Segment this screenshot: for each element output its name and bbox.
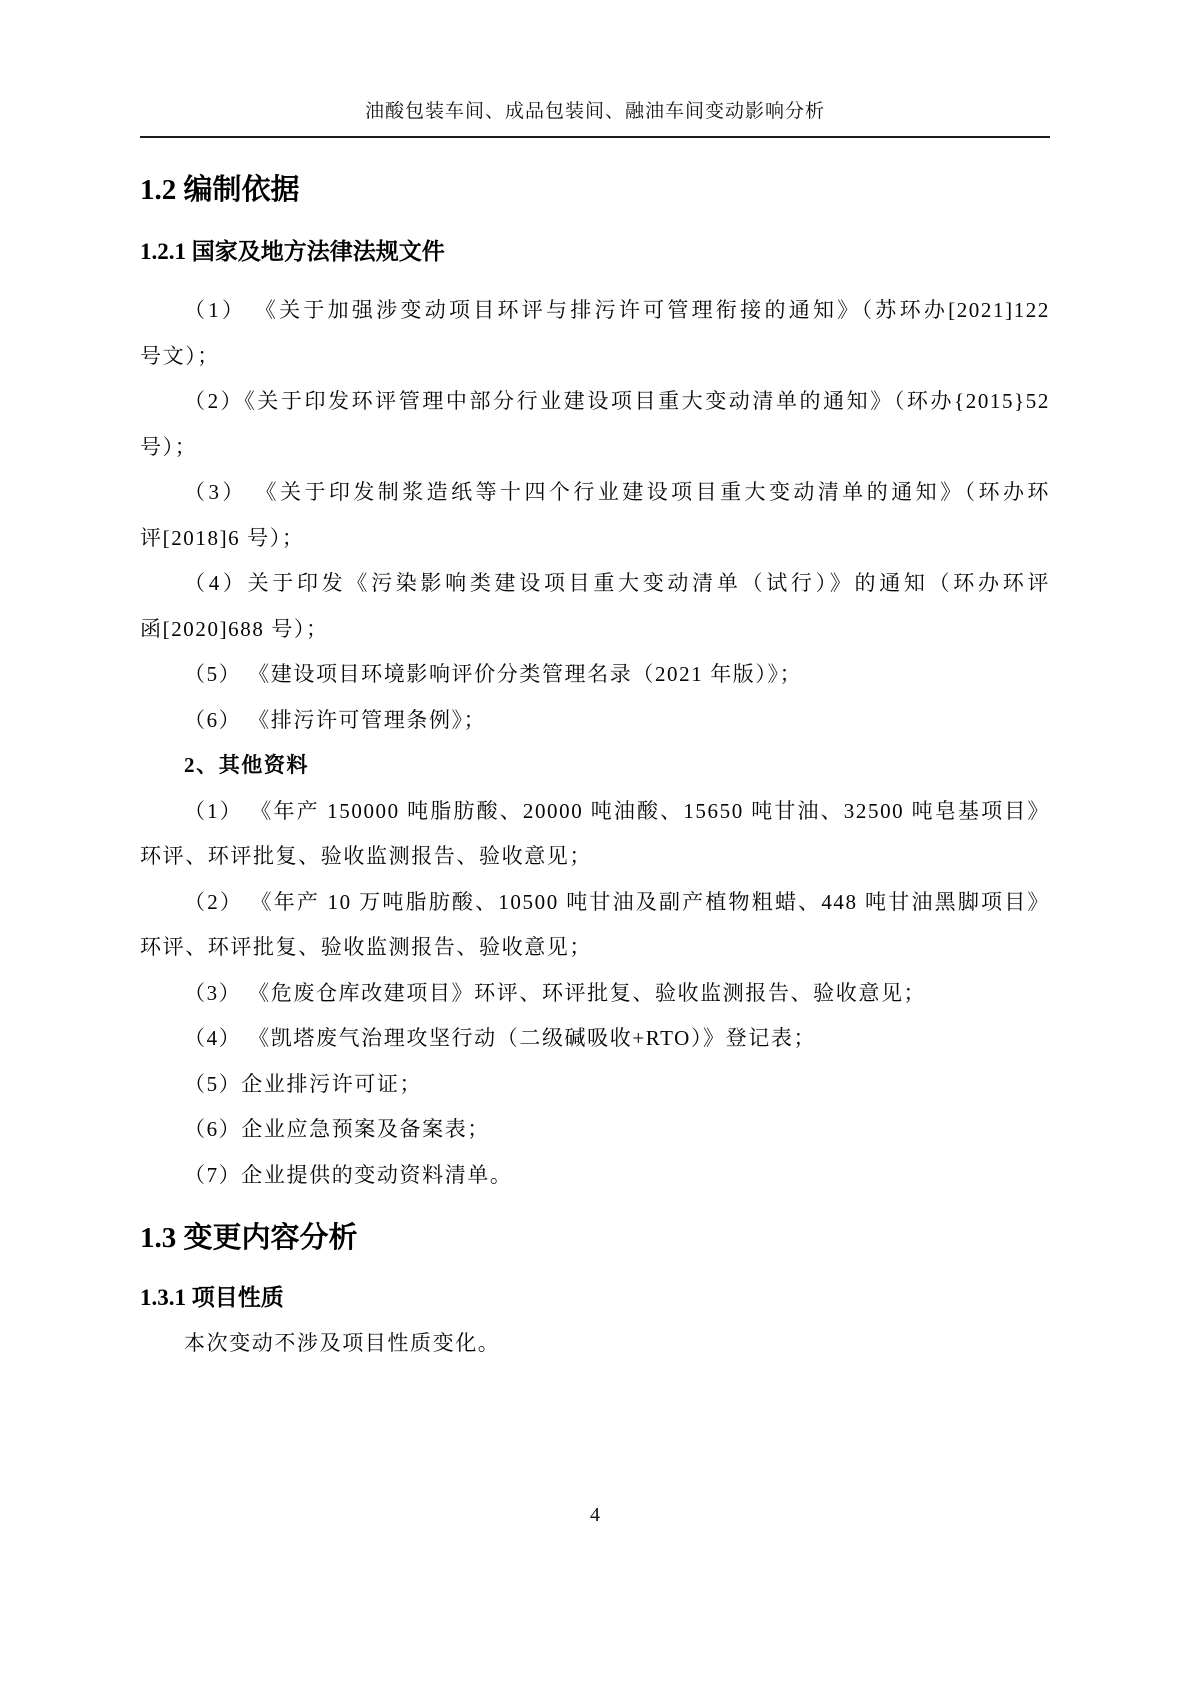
other-item-5: （5）企业排污许可证；	[140, 1062, 1050, 1108]
other-item-2-line-2: 环评、环评批复、验收监测报告、验收意见；	[140, 925, 1050, 971]
legal-item-3-line-1: （3） 《关于印发制浆造纸等十四个行业建设项目重大变动清单的通知》（环办环	[140, 470, 1050, 516]
other-item-3: （3） 《危废仓库改建项目》环评、环评批复、验收监测报告、验收意见；	[140, 971, 1050, 1017]
page-number: 4	[0, 1502, 1190, 1528]
other-item-4: （4） 《凯塔废气治理攻坚行动（二级碱吸收+RTO）》登记表；	[140, 1016, 1050, 1062]
legal-item-4-line-2: 函[2020]688 号）；	[140, 607, 1050, 653]
document-page: 油酸包装车间、成品包装间、融油车间变动影响分析 1.2 编制依据 1.2.1 国…	[0, 0, 1190, 1683]
other-item-6: （6）企业应急预案及备案表；	[140, 1107, 1050, 1153]
other-item-1-line-2: 环评、环评批复、验收监测报告、验收意见；	[140, 834, 1050, 880]
other-item-1-line-1: （1） 《年产 150000 吨脂肪酸、20000 吨油酸、15650 吨甘油、…	[140, 789, 1050, 835]
legal-item-1-line-1: （1） 《关于加强涉变动项目环评与排污许可管理衔接的通知》（苏环办[2021]1…	[140, 288, 1050, 334]
section-heading-1-2: 1.2 编制依据	[140, 170, 1050, 210]
project-nature-body: 本次变动不涉及项目性质变化。	[140, 1321, 1050, 1367]
subsection-heading-1-2-1: 1.2.1 国家及地方法律法规文件	[140, 236, 1050, 268]
other-materials-heading: 2、其他资料	[140, 743, 1050, 789]
header-divider	[140, 136, 1050, 138]
other-item-7: （7）企业提供的变动资料清单。	[140, 1153, 1050, 1199]
legal-item-3-line-2: 评[2018]6 号）；	[140, 516, 1050, 562]
page-header-title: 油酸包装车间、成品包装间、融油车间变动影响分析	[140, 100, 1050, 124]
other-item-2-line-1: （2） 《年产 10 万吨脂肪酸、10500 吨甘油及副产植物粗蜡、448 吨甘…	[140, 880, 1050, 926]
section-heading-1-3: 1.3 变更内容分析	[140, 1218, 1050, 1258]
legal-item-5: （5） 《建设项目环境影响评价分类管理名录（2021 年版）》；	[140, 652, 1050, 698]
legal-item-4-line-1: （4）关于印发《污染影响类建设项目重大变动清单（试行）》的通知（环办环评	[140, 561, 1050, 607]
legal-item-2-line-1: （2）《关于印发环评管理中部分行业建设项目重大变动清单的通知》（环办{2015}…	[140, 379, 1050, 425]
legal-item-1-line-2: 号文）；	[140, 334, 1050, 380]
subsection-heading-1-3-1: 1.3.1 项目性质	[140, 1282, 1050, 1314]
page-content: 油酸包装车间、成品包装间、融油车间变动影响分析 1.2 编制依据 1.2.1 国…	[140, 0, 1050, 1367]
legal-item-6: （6） 《排污许可管理条例》；	[140, 698, 1050, 744]
legal-item-2-line-2: 号）；	[140, 425, 1050, 471]
